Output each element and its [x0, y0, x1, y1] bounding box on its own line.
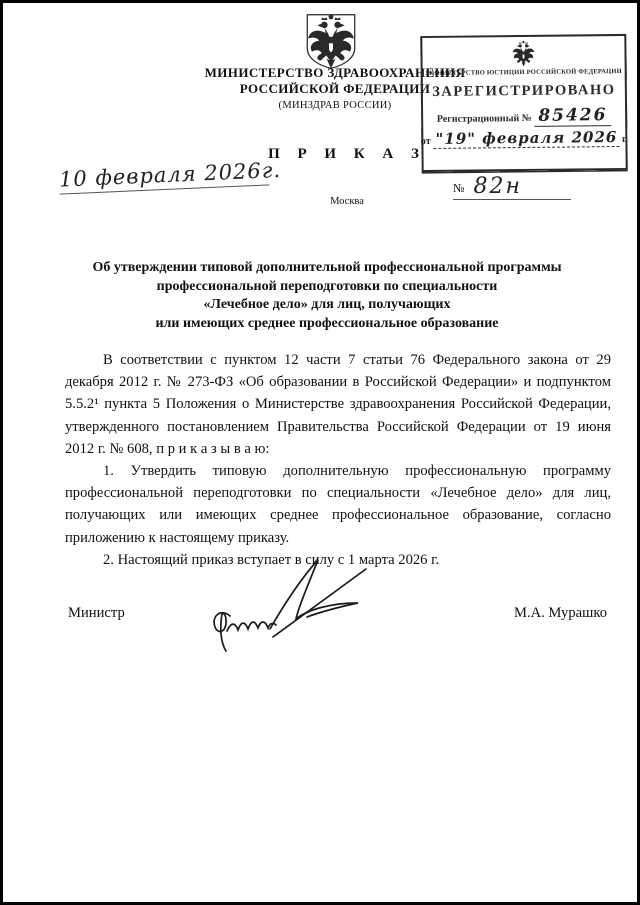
issue-date-handwritten: 10 февраля 2026г. [59, 158, 270, 194]
order-title-line1: Об утверждении типовой дополнительной пр… [43, 259, 611, 278]
order-item-1: 1. Утвердить типовую дополнительную проф… [65, 460, 611, 549]
document-type-heading: П Р И К А З [3, 146, 640, 163]
stamp-date-suffix: г. [622, 134, 628, 145]
stamp-reg-number-handwritten: 85426 [534, 105, 611, 127]
order-title-line4: или имеющих среднее профессиональное обр… [43, 315, 611, 334]
preamble-paragraph: В соответствии с пунктом 12 части 7 стат… [65, 349, 611, 460]
stamp-reg-label: Регистрационный № [437, 113, 532, 125]
signatory-position: Министр [68, 605, 125, 622]
document-page: МИНИСТЕРСТВО ЗДРАВООХРАНЕНИЯ РОССИЙСКОЙ … [0, 0, 640, 905]
russia-coat-of-arms-icon [299, 13, 363, 71]
stamp-agency-name: МИНИСТЕРСТВО ЮСТИЦИИ РОССИЙСКОЙ ФЕДЕРАЦИ… [425, 68, 622, 77]
issue-city: Москва [3, 196, 640, 207]
signatory-name: М.А. Мурашко [514, 605, 607, 622]
order-body: В соответствии с пунктом 12 части 7 стат… [65, 349, 611, 571]
order-title-line3: «Лечебное дело» для лиц, получающих [43, 296, 611, 315]
number-label: № [453, 181, 464, 195]
order-title-line2: профессиональной переподготовки по специ… [43, 278, 611, 297]
stamp-eagle-icon [508, 40, 538, 68]
stamp-registration-number-line: Регистрационный № 85426 [437, 105, 612, 127]
minister-signature-autograph [206, 556, 401, 661]
order-title: Об утверждении типовой дополнительной пр… [43, 259, 611, 333]
stamp-registered-label: ЗАРЕГИСТРИРОВАНО [432, 82, 615, 101]
